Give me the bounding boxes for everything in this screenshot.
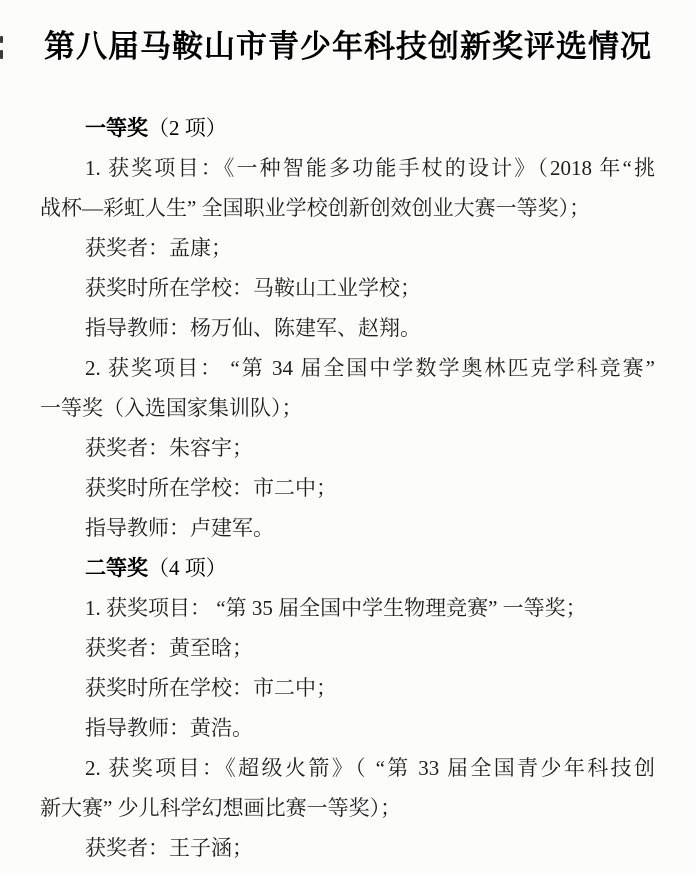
section-heading-label: 一等奖: [85, 116, 148, 140]
document-line: 新大赛” 少儿科学幻想画比赛一等奖）；: [40, 788, 655, 828]
document-line: 1. 获奖项目：《一种智能多功能手杖的设计》（2018 年“挑: [40, 148, 655, 188]
document-line: 2. 获奖项目：《超级火箭》（ “第 33 届全国青少年科技创: [40, 748, 655, 788]
document-line: 一等奖（入选国家集训队）；: [40, 388, 655, 428]
document-line: 获奖者：黄至晗；: [40, 628, 655, 668]
document-line: 1. 获奖项目： “第 35 届全国中学生物理竞赛” 一等奖；: [40, 588, 655, 628]
document-line: 战杯—彩虹人生” 全国职业学校创新创效创业大赛一等奖）；: [40, 188, 655, 228]
document-line: 获奖者：王子涵；: [40, 828, 655, 868]
document-line: 获奖时所在学校：市二中；: [40, 468, 655, 508]
page-title: 第八届马鞍山市青少年科技创新奖评选情况: [30, 28, 666, 66]
document-line: 指导教师：黄浩。: [40, 708, 655, 748]
document-line: 获奖者：孟康；: [40, 228, 655, 268]
document-line: 获奖时所在学校：马鞍山工业学校；: [40, 268, 655, 308]
document-page: 第八届马鞍山市青少年科技创新奖评选情况 一等奖（2 项）1. 获奖项目：《一种智…: [0, 0, 696, 873]
document-line: 指导教师：卢建军。: [40, 508, 655, 548]
section-heading-count: （2 项）: [148, 116, 227, 140]
scan-artifact: [0, 36, 3, 43]
document-body: 一等奖（2 项）1. 获奖项目：《一种智能多功能手杖的设计》（2018 年“挑战…: [40, 108, 655, 868]
document-line: 2. 获奖项目： “第 34 届全国中学数学奥林匹克学科竞赛”: [40, 348, 655, 388]
section-heading: 二等奖（4 项）: [40, 548, 655, 588]
section-heading-count: （4 项）: [148, 556, 227, 580]
document-line: 获奖时所在学校：市二中；: [40, 668, 655, 708]
scan-artifact: [0, 50, 3, 59]
section-heading-label: 二等奖: [85, 556, 148, 580]
section-heading: 一等奖（2 项）: [40, 108, 655, 148]
document-line: 指导教师：杨万仙、陈建军、赵翔。: [40, 308, 655, 348]
document-line: 获奖者：朱容宇；: [40, 428, 655, 468]
